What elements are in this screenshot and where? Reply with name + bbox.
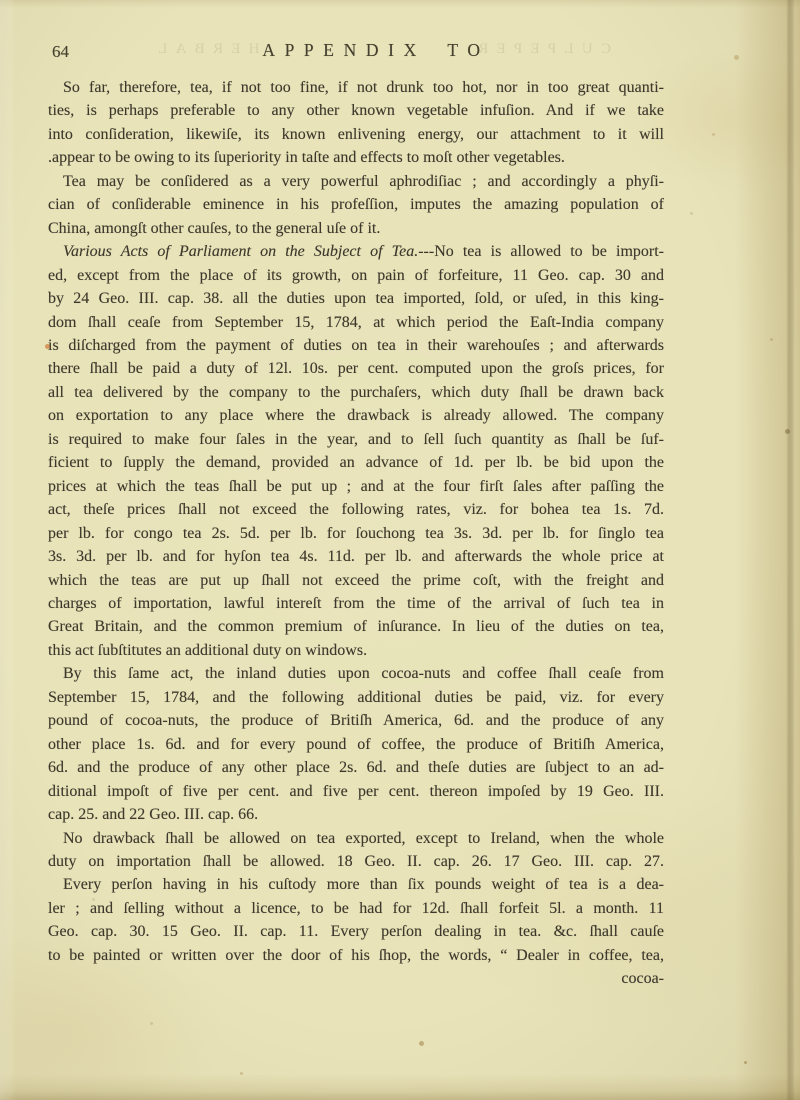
body-text: So far, therefore, tea, if not too fine,… <box>48 76 664 991</box>
text-line: by 24 Geo. III. cap. 38. all the duties … <box>48 287 664 310</box>
text-line: into conſideration, likewiſe, its known … <box>48 123 664 146</box>
text-line: ficient to ſupply the demand, provided a… <box>48 451 664 474</box>
text-line: 3s. 3d. per lb. and for hyſon tea 4s. 11… <box>48 545 664 568</box>
text-line: on exportation to any place where the dr… <box>48 404 664 427</box>
text-line: ler ; and ſelling without a licence, to … <box>48 897 664 920</box>
text-line: Tea may be conſidered as a very powerful… <box>48 170 664 193</box>
text-line: to be painted or written over the door o… <box>48 944 664 967</box>
text-line: No drawback ſhall be allowed on tea expo… <box>48 827 664 850</box>
text-line: prices at which the teas ſhall be put up… <box>48 475 664 498</box>
text-line: which the teas are put up ſhall not exce… <box>48 569 664 592</box>
text-line: duty on importation ſhall be allowed. 18… <box>48 850 664 873</box>
text-line: Great Britain, and the common premium of… <box>48 615 664 638</box>
text-line: charges of importation, lawful intereſt … <box>48 592 664 615</box>
text-line: By this ſame act, the inland duties upon… <box>48 662 664 685</box>
book-page: HERBAL CULPEPER 64 APPENDIX TO So far, t… <box>0 0 800 1100</box>
text-line: 6d. and the produce of any other place 2… <box>48 756 664 779</box>
text-line: .appear to be owing to its ſuperiority i… <box>48 146 664 169</box>
text-line: dom ſhall ceaſe from September 15, 1784,… <box>48 311 664 334</box>
text-line: per lb. for congo tea 2s. 5d. per lb. fo… <box>48 522 664 545</box>
text-line: So far, therefore, tea, if not too fine,… <box>48 76 664 99</box>
text-line: this act ſubſtitutes an additional duty … <box>48 639 664 662</box>
text-line: ed, except from the place of its growth,… <box>48 264 664 287</box>
text-line: Various Acts of Parliament on the Subjec… <box>48 240 664 263</box>
text-line: all tea delivered by the company to the … <box>48 381 664 404</box>
text-line: other place 1s. 6d. and for every pound … <box>48 733 664 756</box>
text-line: cap. 25. and 22 Geo. III. cap. 66. <box>48 803 664 826</box>
catchword: cocoa- <box>48 967 664 990</box>
text-line: is diſcharged from the payment of duties… <box>48 334 664 357</box>
running-header: APPENDIX TO <box>48 40 664 61</box>
text-line: September 15, 1784, and the following ad… <box>48 686 664 709</box>
text-line: there ſhall be paid a duty of 12l. 10s. … <box>48 357 664 380</box>
text-line: is required to make four ſales in the ye… <box>48 428 664 451</box>
text-line: pound of cocoa-nuts, the produce of Brit… <box>48 709 664 732</box>
text-line: Every perſon having in his cuſtody more … <box>48 873 664 896</box>
foxing-speckles <box>0 0 3 3</box>
text-line: ties, is perhaps preferable to any other… <box>48 99 664 122</box>
text-line: ditional impoſt of five per cent. and fi… <box>48 780 664 803</box>
text-line: act, theſe prices ſhall not exceed the f… <box>48 498 664 521</box>
text-line: Geo. cap. 30. 15 Geo. II. cap. 11. Every… <box>48 920 664 943</box>
text-line: China, amongſt other cauſes, to the gene… <box>48 217 664 240</box>
text-line: cian of conſiderable eminence in his pro… <box>48 193 664 216</box>
